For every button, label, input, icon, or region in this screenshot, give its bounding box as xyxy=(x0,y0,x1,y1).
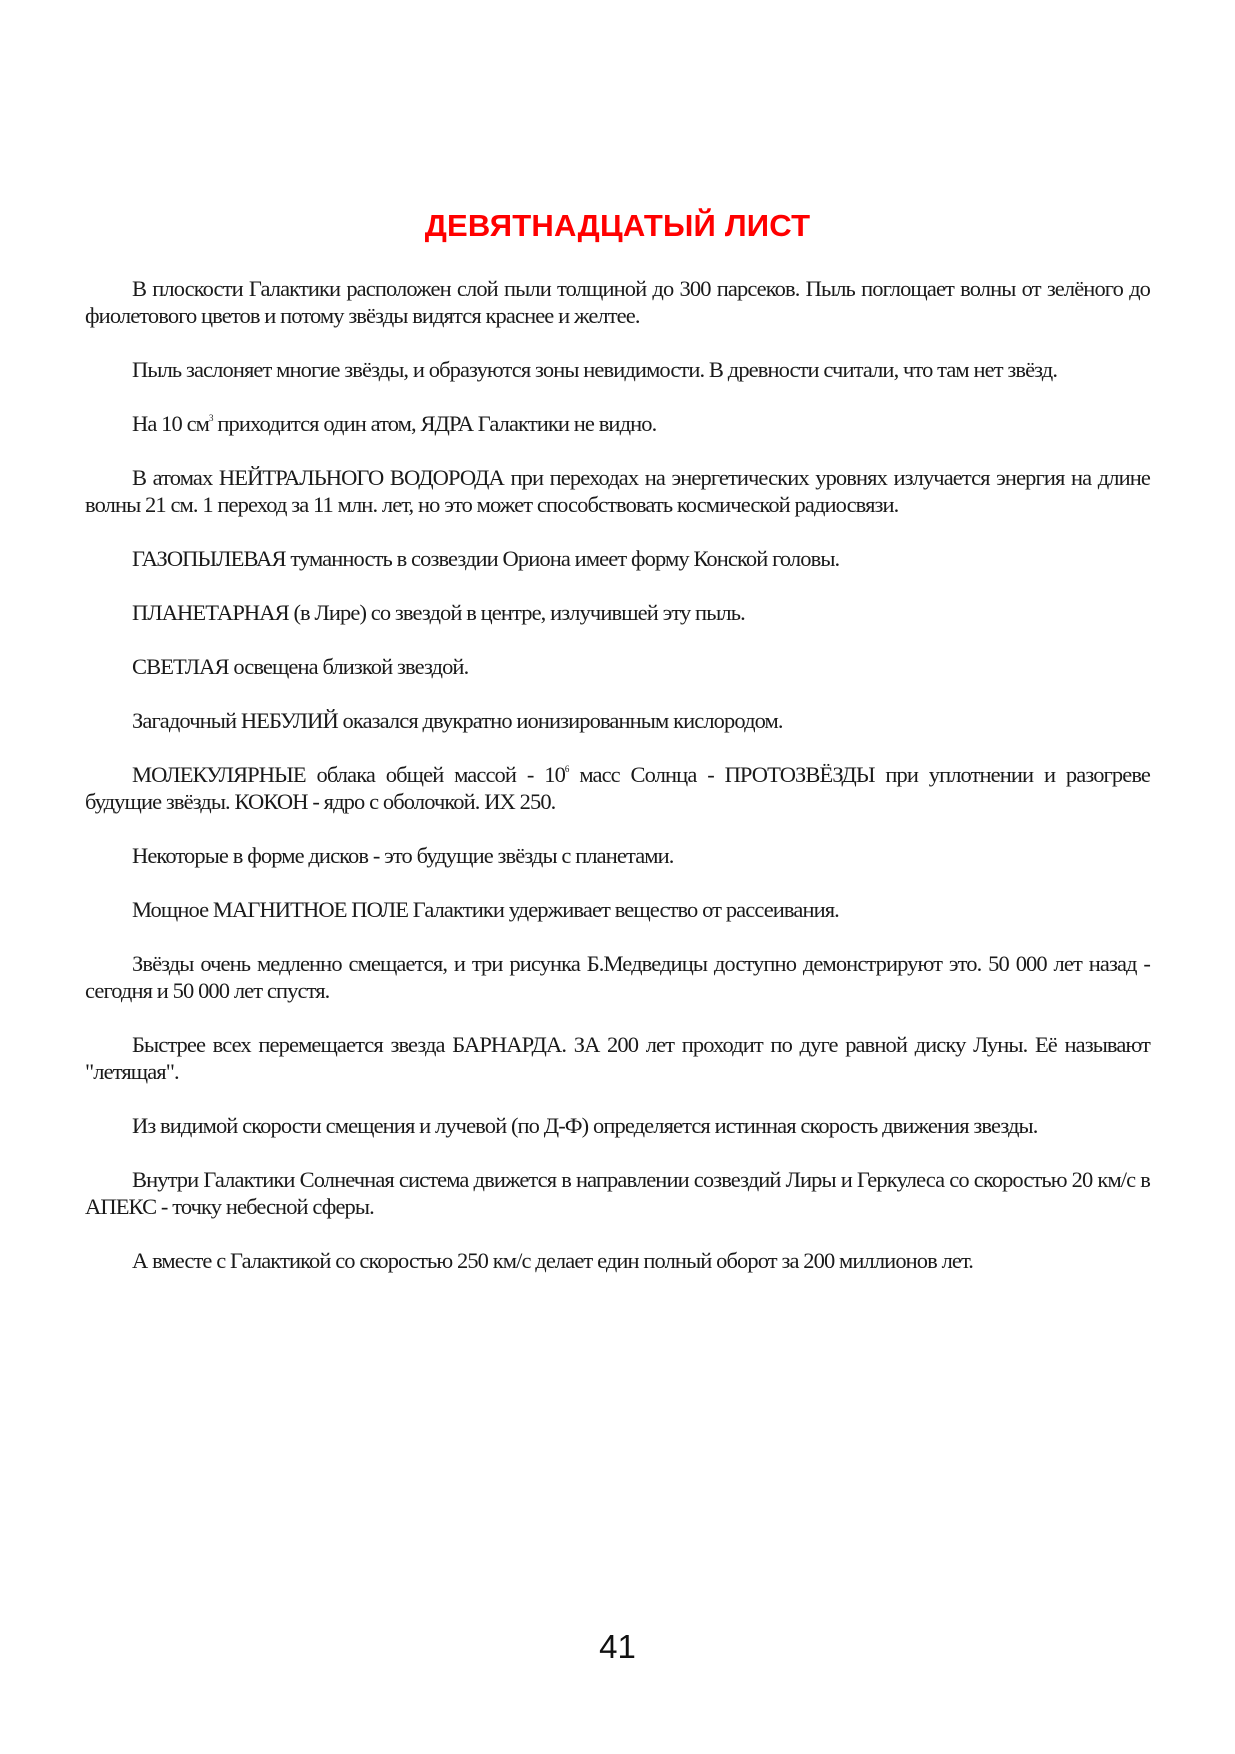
page-number: 41 xyxy=(0,1628,1235,1666)
text-run: В атомах НЕЙТРАЛЬНОГО ВОДОРОДА при перех… xyxy=(85,465,1150,517)
page-title: ДЕВЯТНАДЦАТЫЙ ЛИСТ xyxy=(0,208,1235,244)
text-run: На 10 см xyxy=(132,411,209,436)
paragraph: Быстрее всех перемещается звезда БАРНАРД… xyxy=(85,1031,1150,1085)
text-run: Загадочный НЕБУЛИЙ оказался двукратно ио… xyxy=(132,708,783,733)
text-run: Из видимой скорости смещения и лучевой (… xyxy=(132,1113,1037,1138)
text-run: А вместе с Галактикой со скоростью 250 к… xyxy=(132,1248,973,1273)
paragraph: В плоскости Галактики расположен слой пы… xyxy=(85,275,1150,329)
superscript: 3 xyxy=(209,413,213,423)
paragraph: МОЛЕКУЛЯРНЫЕ облака общей массой - 106 м… xyxy=(85,761,1150,815)
paragraph: Некоторые в форме дисков - это будущие з… xyxy=(85,842,1150,869)
text-run: СВЕТЛАЯ освещена близкой звездой. xyxy=(132,654,468,679)
text-run: Мощное МАГНИТНОЕ ПОЛЕ Галактики удержива… xyxy=(132,897,839,922)
paragraph: На 10 см3 приходится один атом, ЯДРА Гал… xyxy=(85,410,1150,437)
document-page: ДЕВЯТНАДЦАТЫЙ ЛИСТ В плоскости Галактики… xyxy=(0,0,1235,1754)
paragraph: СВЕТЛАЯ освещена близкой звездой. xyxy=(85,653,1150,680)
paragraph: Пыль заслоняет многие звёзды, и образуют… xyxy=(85,356,1150,383)
text-run: Некоторые в форме дисков - это будущие з… xyxy=(132,843,674,868)
body-text: В плоскости Галактики расположен слой пы… xyxy=(85,275,1150,1301)
paragraph: Внутри Галактики Солнечная система движе… xyxy=(85,1166,1150,1220)
text-run: МОЛЕКУЛЯРНЫЕ облака общей массой - 10 xyxy=(132,762,565,787)
text-run: ПЛАНЕТАРНАЯ (в Лире) со звездой в центре… xyxy=(132,600,745,625)
text-run: Звёзды очень медленно смещается, и три р… xyxy=(85,951,1150,1003)
paragraph: Звёзды очень медленно смещается, и три р… xyxy=(85,950,1150,1004)
text-run: Внутри Галактики Солнечная система движе… xyxy=(85,1167,1150,1219)
paragraph: В атомах НЕЙТРАЛЬНОГО ВОДОРОДА при перех… xyxy=(85,464,1150,518)
paragraph: Из видимой скорости смещения и лучевой (… xyxy=(85,1112,1150,1139)
text-run: Пыль заслоняет многие звёзды, и образуют… xyxy=(132,357,1057,382)
text-run: приходится один атом, ЯДРА Галактики не … xyxy=(213,411,657,436)
superscript: 6 xyxy=(565,764,569,774)
text-run: Быстрее всех перемещается звезда БАРНАРД… xyxy=(85,1032,1150,1084)
paragraph: Загадочный НЕБУЛИЙ оказался двукратно ио… xyxy=(85,707,1150,734)
paragraph: ПЛАНЕТАРНАЯ (в Лире) со звездой в центре… xyxy=(85,599,1150,626)
text-run: В плоскости Галактики расположен слой пы… xyxy=(85,276,1150,328)
paragraph: А вместе с Галактикой со скоростью 250 к… xyxy=(85,1247,1150,1274)
text-run: ГАЗОПЫЛЕВАЯ туманность в созвездии Орион… xyxy=(132,546,839,571)
paragraph: ГАЗОПЫЛЕВАЯ туманность в созвездии Орион… xyxy=(85,545,1150,572)
paragraph: Мощное МАГНИТНОЕ ПОЛЕ Галактики удержива… xyxy=(85,896,1150,923)
